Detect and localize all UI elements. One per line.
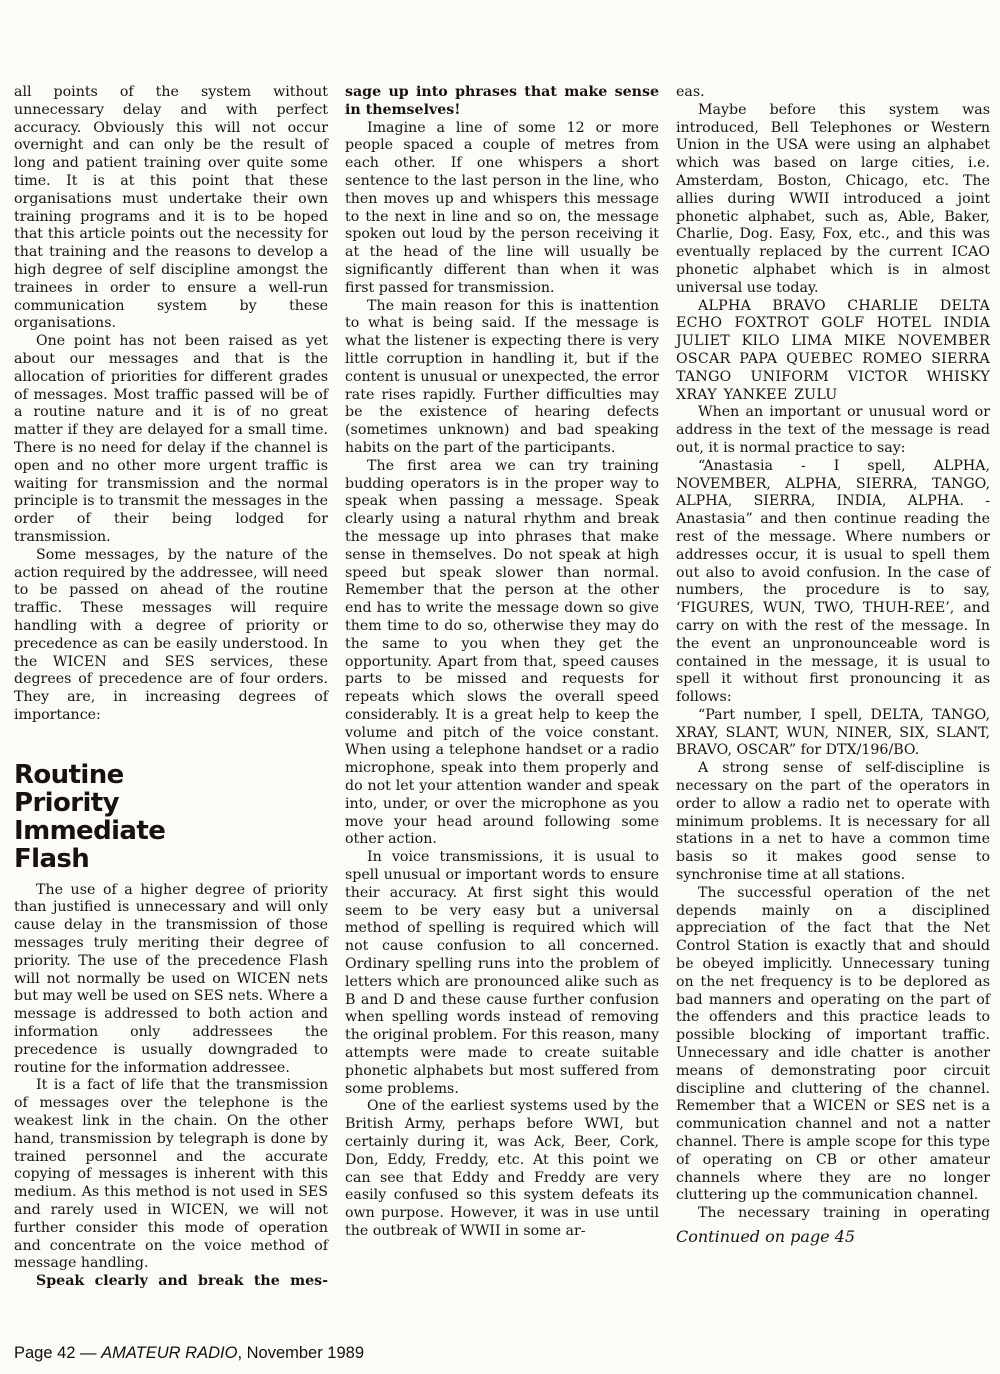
body-paragraph: When an important or unusual word or add… <box>676 404 990 457</box>
lead-in-sentence: Speak clearly and break the mes- <box>14 1273 328 1291</box>
body-paragraph: The necessary training in operating <box>676 1205 990 1223</box>
body-paragraph: The main reason for this is inattention … <box>345 298 659 458</box>
phonetic-alphabet-list: ALPHA BRAVO CHARLIE DELTA ECHO FOXTROT G… <box>676 298 990 405</box>
page-footer: Page 42 — AMATEUR RADIO, November 1989 <box>14 1344 364 1363</box>
body-paragraph: eas. <box>676 84 990 102</box>
precedence-level-heading: Priority <box>14 789 328 817</box>
continued-notice: Continued on page 45 <box>676 1228 990 1246</box>
body-paragraph: The use of a higher degree of priority t… <box>14 882 328 1078</box>
body-paragraph: A strong sense of self-discipline is nec… <box>676 760 990 885</box>
body-paragraph: Imagine a line of some 12 or more people… <box>345 120 659 298</box>
page-number-label: Page 42 — <box>14 1344 101 1362</box>
body-paragraph: The successful operation of the net depe… <box>676 885 990 1205</box>
column-2: sage up into phrases that make sense in … <box>345 84 659 1291</box>
body-paragraph: One point has not been raised as yet abo… <box>14 333 328 547</box>
body-paragraph: One of the earliest systems used by the … <box>345 1098 659 1240</box>
column-3: eas.Maybe before this system was introdu… <box>676 84 990 1291</box>
body-paragraph: Some messages, by the nature of the acti… <box>14 547 328 725</box>
lead-in-sentence-continuation: sage up into phrases that make sense in … <box>345 84 659 120</box>
column-1: all points of the system without unneces… <box>14 84 328 1291</box>
magazine-page: all points of the system without unneces… <box>0 0 1000 1374</box>
precedence-level-heading: Immediate <box>14 817 328 845</box>
body-paragraph: Maybe before this system was introduced,… <box>676 102 990 298</box>
body-paragraph: all points of the system without unneces… <box>14 84 328 333</box>
body-paragraph: “Anastasia - I spell, ALPHA, NOVEMBER, A… <box>676 458 990 707</box>
article-body: all points of the system without unneces… <box>14 84 990 1291</box>
body-paragraph: It is a fact of life that the transmissi… <box>14 1077 328 1273</box>
precedence-level-heading: Routine <box>14 761 328 789</box>
body-paragraph: The first area we can try training buddi… <box>345 458 659 850</box>
body-paragraph: “Part number, I spell, DELTA, TANGO, XRA… <box>676 707 990 760</box>
issue-date-label: , November 1989 <box>237 1344 364 1362</box>
magazine-title: AMATEUR RADIO <box>101 1344 237 1362</box>
body-paragraph: In voice transmissions, it is usual to s… <box>345 849 659 1098</box>
precedence-level-heading: Flash <box>14 845 328 873</box>
